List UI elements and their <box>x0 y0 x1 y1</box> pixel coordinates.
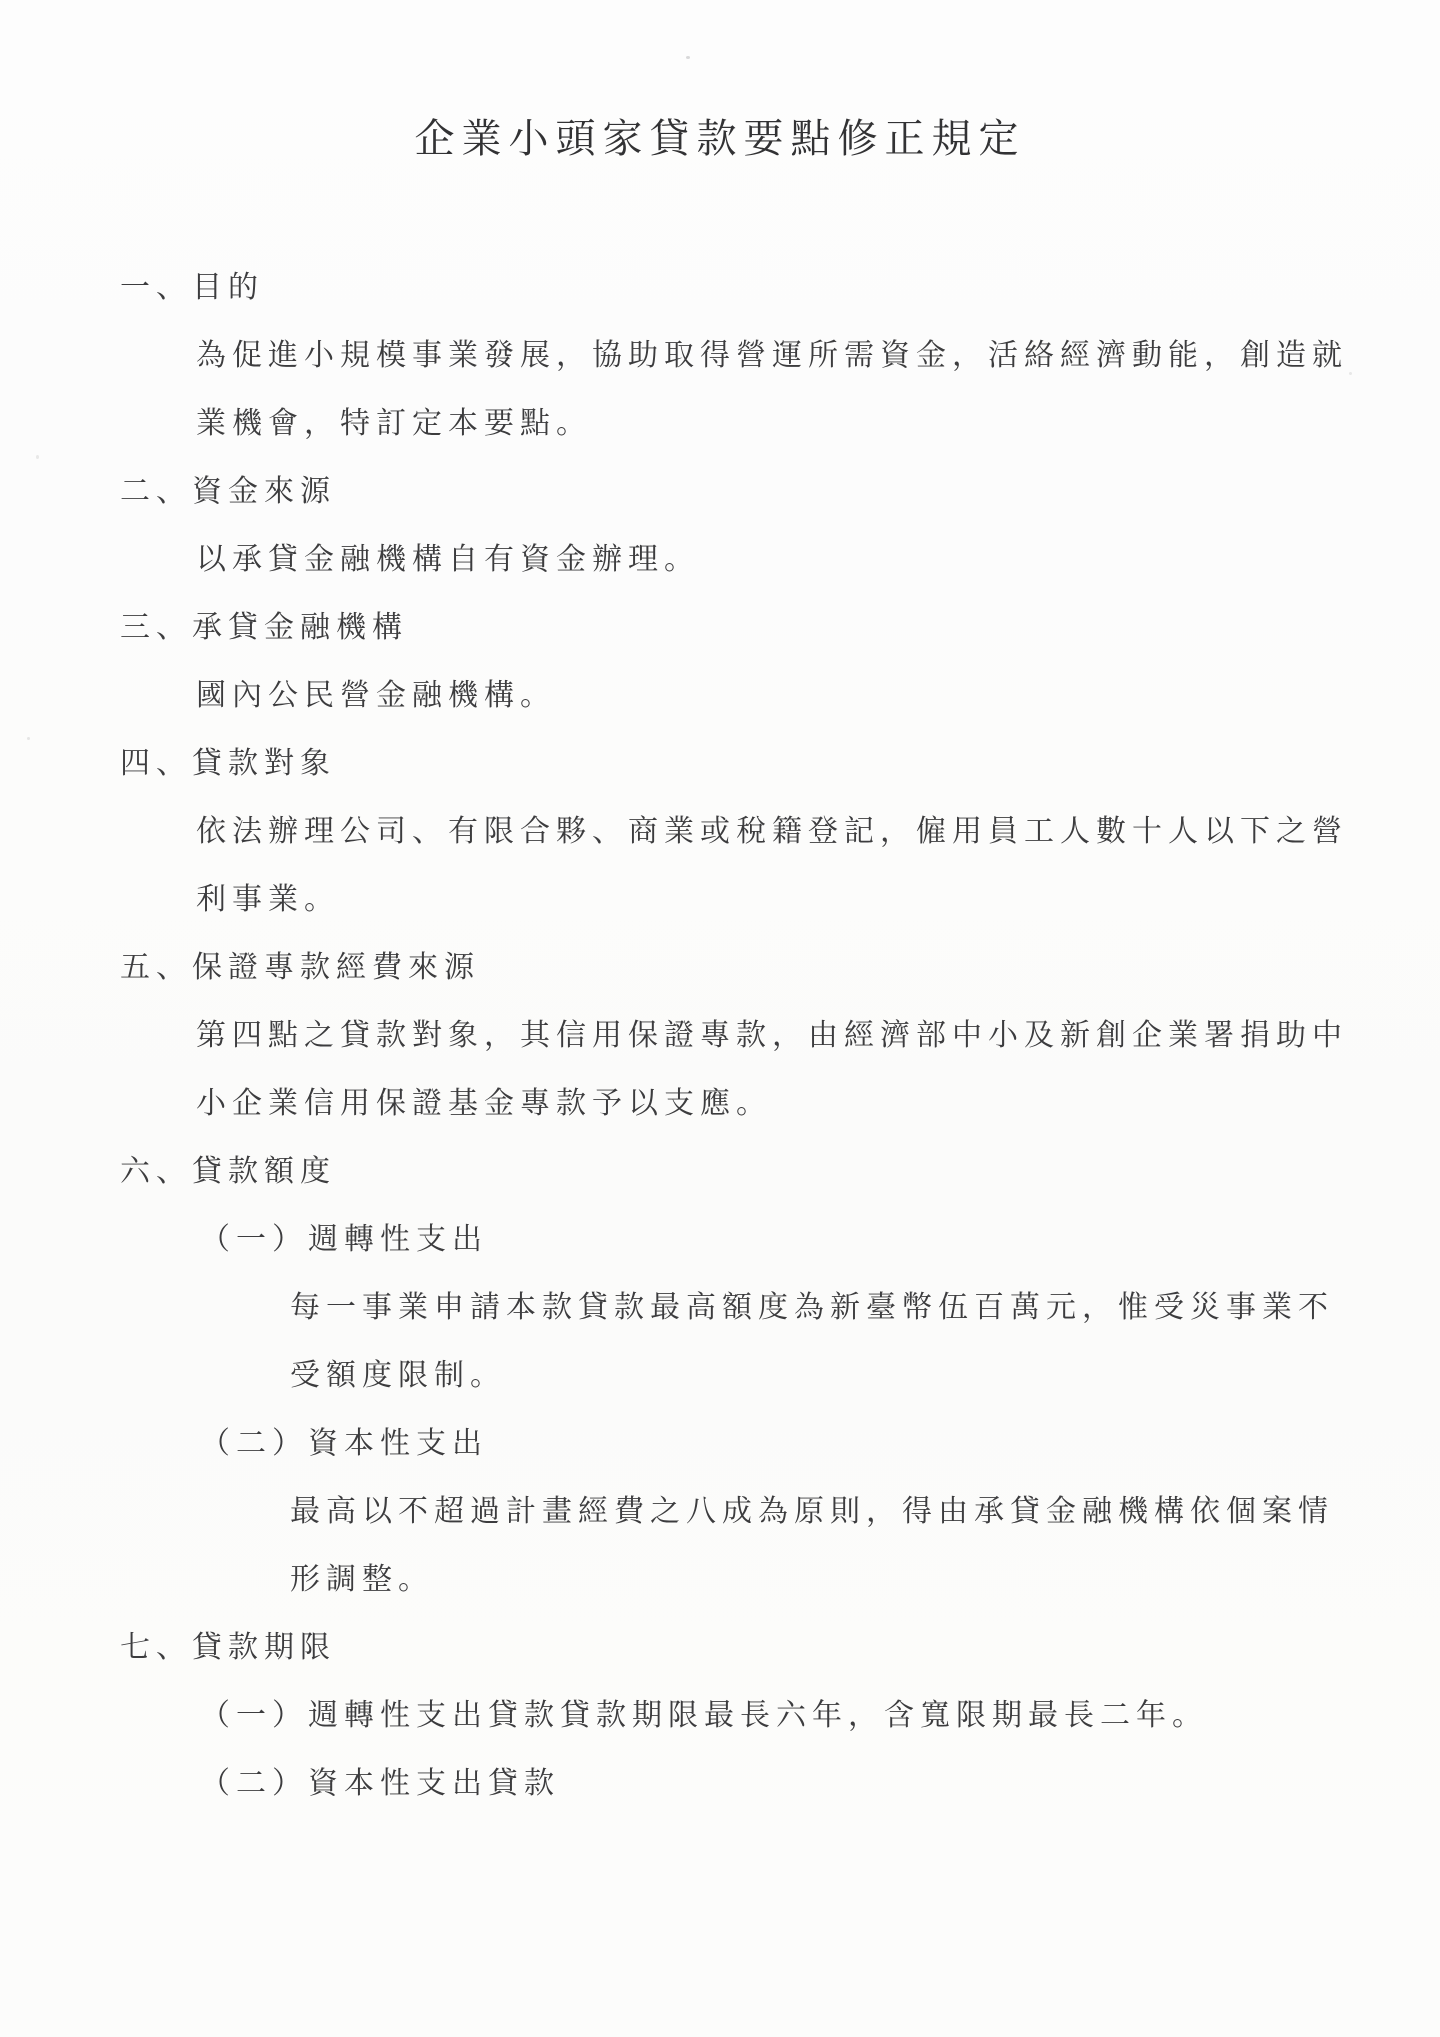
scan-speck <box>36 455 39 459</box>
section-body-line: 為促進小規模事業發展，協助取得營運所需資金，活絡經濟動能，創造就 <box>196 322 1440 390</box>
section-body-line: 國內公民營金融機構。 <box>196 662 1440 730</box>
section-body-line: 第四點之貸款對象，其信用保證專款，由經濟部中小及新創企業署捐助中 <box>196 1002 1440 1070</box>
section-body-line: 利事業。 <box>196 866 1440 934</box>
subitem-body-line: 最高以不超過計畫經費之八成為原則，得由承貸金融機構依個案情 <box>290 1478 1440 1546</box>
section-heading: 七、貸款期限 <box>120 1614 1440 1682</box>
subitem-heading: （一）週轉性支出 <box>200 1206 1440 1274</box>
document-sections: 一、目的為促進小規模事業發展，協助取得營運所需資金，活絡經濟動能，創造就業機會，… <box>0 254 1440 1818</box>
subitem-heading: （二）資本性支出 <box>200 1410 1440 1478</box>
subitem-heading: （二）資本性支出貸款 <box>200 1750 1440 1818</box>
subitem-body-line: 形調整。 <box>290 1546 1440 1614</box>
subitem-body-line: 受額度限制。 <box>290 1342 1440 1410</box>
section-body-line: 小企業信用保證基金專款予以支應。 <box>196 1070 1440 1138</box>
section-heading: 二、資金來源 <box>120 458 1440 526</box>
section-heading: 四、貸款對象 <box>120 730 1440 798</box>
document-page: 企業小頭家貸款要點修正規定 一、目的為促進小規模事業發展，協助取得營運所需資金，… <box>0 0 1440 2037</box>
subitem-body-line: 每一事業申請本款貸款最高額度為新臺幣伍百萬元，惟受災事業不 <box>290 1274 1440 1342</box>
section-body-line: 業機會，特訂定本要點。 <box>196 390 1440 458</box>
section-heading: 六、貸款額度 <box>120 1138 1440 1206</box>
scan-speck <box>27 737 30 740</box>
section-body-line: 依法辦理公司、有限合夥、商業或稅籍登記，僱用員工人數十人以下之營 <box>196 798 1440 866</box>
scan-speck <box>686 56 690 59</box>
section-body-line: 以承貸金融機構自有資金辦理。 <box>196 526 1440 594</box>
section-heading: 三、承貸金融機構 <box>120 594 1440 662</box>
section-heading: 一、目的 <box>120 254 1440 322</box>
scan-speck <box>1349 372 1352 375</box>
document-title: 企業小頭家貸款要點修正規定 <box>0 104 1440 174</box>
section-heading: 五、保證專款經費來源 <box>120 934 1440 1002</box>
subitem-heading: （一）週轉性支出貸款貸款期限最長六年，含寬限期最長二年。 <box>200 1682 1440 1750</box>
